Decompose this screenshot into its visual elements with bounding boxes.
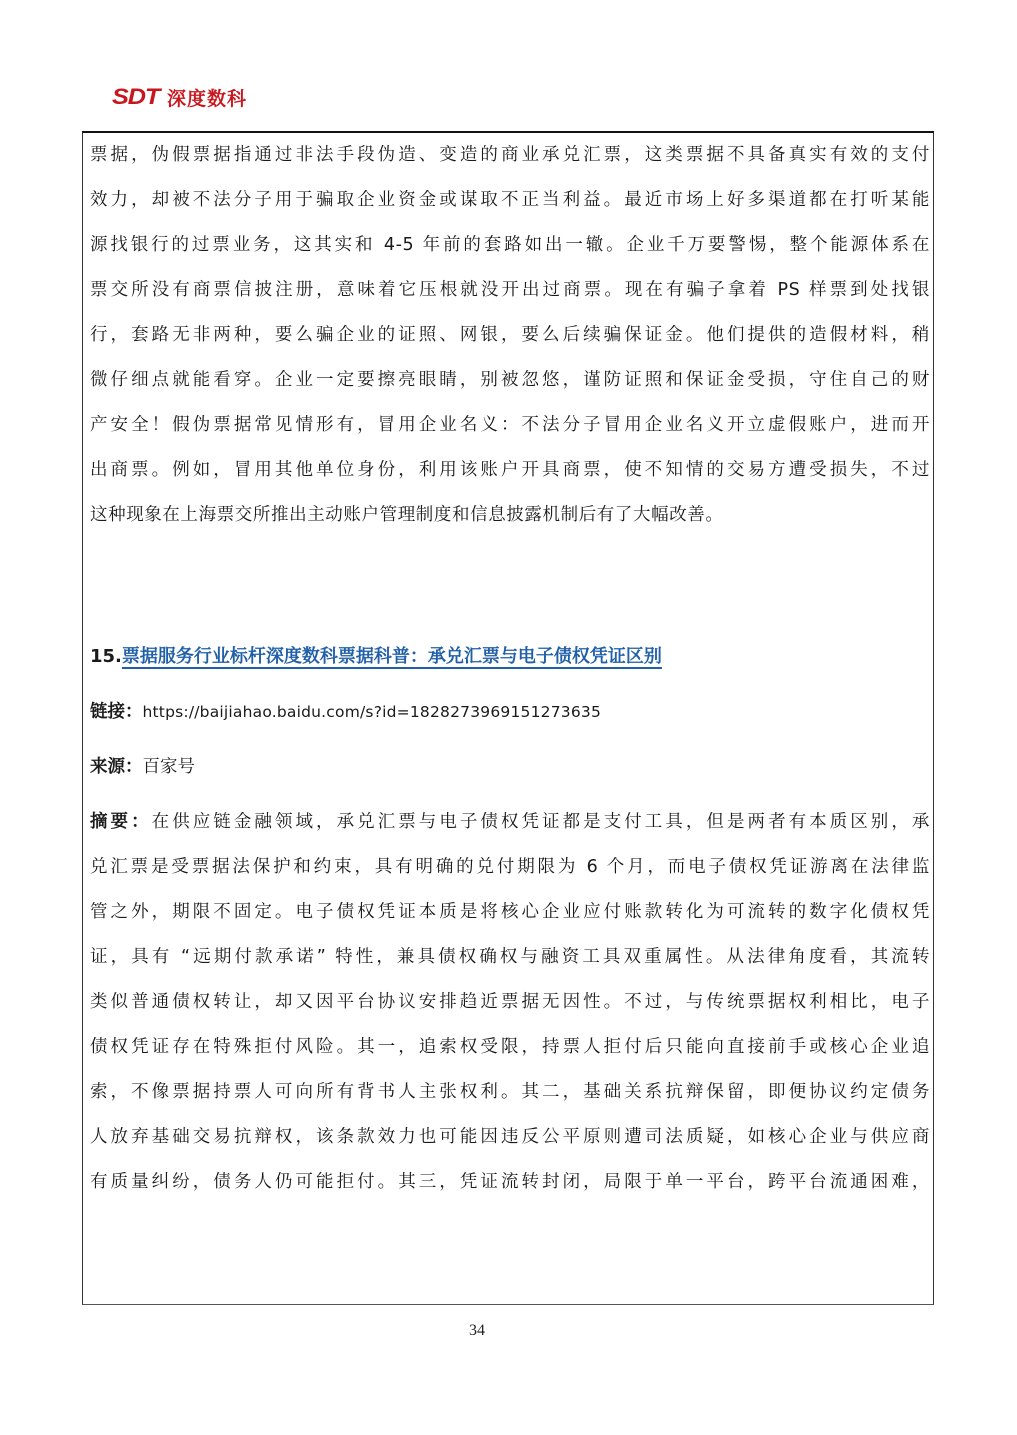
paragraph-line: 产安全！假伪票据常见情形有，冒用企业名义：不法分子冒用企业名义开立虚假账户，进而… (90, 408, 930, 453)
paragraph-line: 源找银行的过票业务，这其实和 4-5 年前的套路如出一辙。企业千万要警惕，整个能… (90, 228, 930, 273)
entry-source-row: 来源：百家号 (90, 750, 930, 784)
paragraph-line: 票据，伪假票据指通过非法手段伪造、变造的商业承兑汇票，这类票据不具备真实有效的支… (90, 138, 930, 183)
logo-mark: SDT (112, 84, 159, 110)
paragraph-line: 票交所没有商票信披注册，意味着它压根就没开出过商票。现在有骗子拿着 PS 样票到… (90, 273, 930, 318)
page-number: 34 (0, 1322, 954, 1340)
paragraph-line: 出商票。例如，冒用其他单位身份，利用该账户开具商票，使不知情的交易方遭受损失，不… (90, 453, 930, 498)
source-value: 百家号 (143, 757, 196, 777)
entry-number: 15. (90, 646, 122, 667)
summary-label: 摘要： (90, 812, 152, 832)
summary-line: 债权凭证存在特殊拒付风险。其一，追索权受限，持票人拒付后只能向直接前手或核心企业… (90, 1030, 930, 1075)
summary-line: 类似普通债权转让，却又因平台协议安排趋近票据无因性。不过，与传统票据权利相比，电… (90, 985, 930, 1030)
summary-line: 摘要：在供应链金融领域，承兑汇票与电子债权凭证都是支付工具，但是两者有本质区别，… (90, 805, 930, 850)
link-url[interactable]: https://baijiahao.baidu.com/s?id=1828273… (143, 703, 602, 721)
entry-title-link[interactable]: 票据服务行业标杆深度数科票据科普：承兑汇票与电子债权凭证区别 (122, 646, 662, 667)
entry-heading: 15.票据服务行业标杆深度数科票据科普：承兑汇票与电子债权凭证区别 (90, 640, 930, 674)
summary-line: 人放弃基础交易抗辩权，该条款效力也可能因违反公平原则遭司法质疑，如核心企业与供应… (90, 1120, 930, 1165)
summary-line: 证，具有 “远期付款承诺” 特性，兼具债权确权与融资工具双重属性。从法律角度看，… (90, 940, 930, 985)
paragraph-line: 效力，却被不法分子用于骗取企业资金或谋取不正当利益。最近市场上好多渠道都在打听某… (90, 183, 930, 228)
summary-line: 有质量纠纷，债务人仍可能拒付。其三，凭证流转封闭，局限于单一平台，跨平台流通困难… (90, 1165, 930, 1210)
body-paragraph: 票据，伪假票据指通过非法手段伪造、变造的商业承兑汇票，这类票据不具备真实有效的支… (90, 138, 930, 543)
entry-summary: 摘要：在供应链金融领域，承兑汇票与电子债权凭证都是支付工具，但是两者有本质区别，… (90, 805, 930, 1210)
paragraph-line: 行，套路无非两种，要么骗企业的证照、网银，要么后续骗保证金。他们提供的造假材料，… (90, 318, 930, 363)
summary-line: 索，不像票据持票人可向所有背书人主张权利。其二，基础关系抗辩保留，即便协议约定债… (90, 1075, 930, 1120)
company-logo: SDT 深度数科 (112, 84, 247, 110)
entry-link-row: 链接：https://baijiahao.baidu.com/s?id=1828… (90, 695, 930, 729)
link-label: 链接： (90, 702, 143, 722)
source-label: 来源： (90, 757, 143, 777)
paragraph-line: 这种现象在上海票交所推出主动账户管理制度和信息披露机制后有了大幅改善。 (90, 498, 930, 543)
summary-text: 在供应链金融领域，承兑汇票与电子债权凭证都是支付工具，但是两者有本质区别，承 (152, 812, 930, 832)
summary-line: 兑汇票是受票据法保护和约束，具有明确的兑付期限为 6 个月，而电子债权凭证游离在… (90, 850, 930, 895)
summary-line: 管之外，期限不固定。电子债权凭证本质是将核心企业应付账款转化为可流转的数字化债权… (90, 895, 930, 940)
paragraph-line: 微仔细点就能看穿。企业一定要擦亮眼睛，别被忽悠，谨防证照和保证金受损，守住自己的… (90, 363, 930, 408)
logo-text: 深度数科 (167, 84, 247, 111)
